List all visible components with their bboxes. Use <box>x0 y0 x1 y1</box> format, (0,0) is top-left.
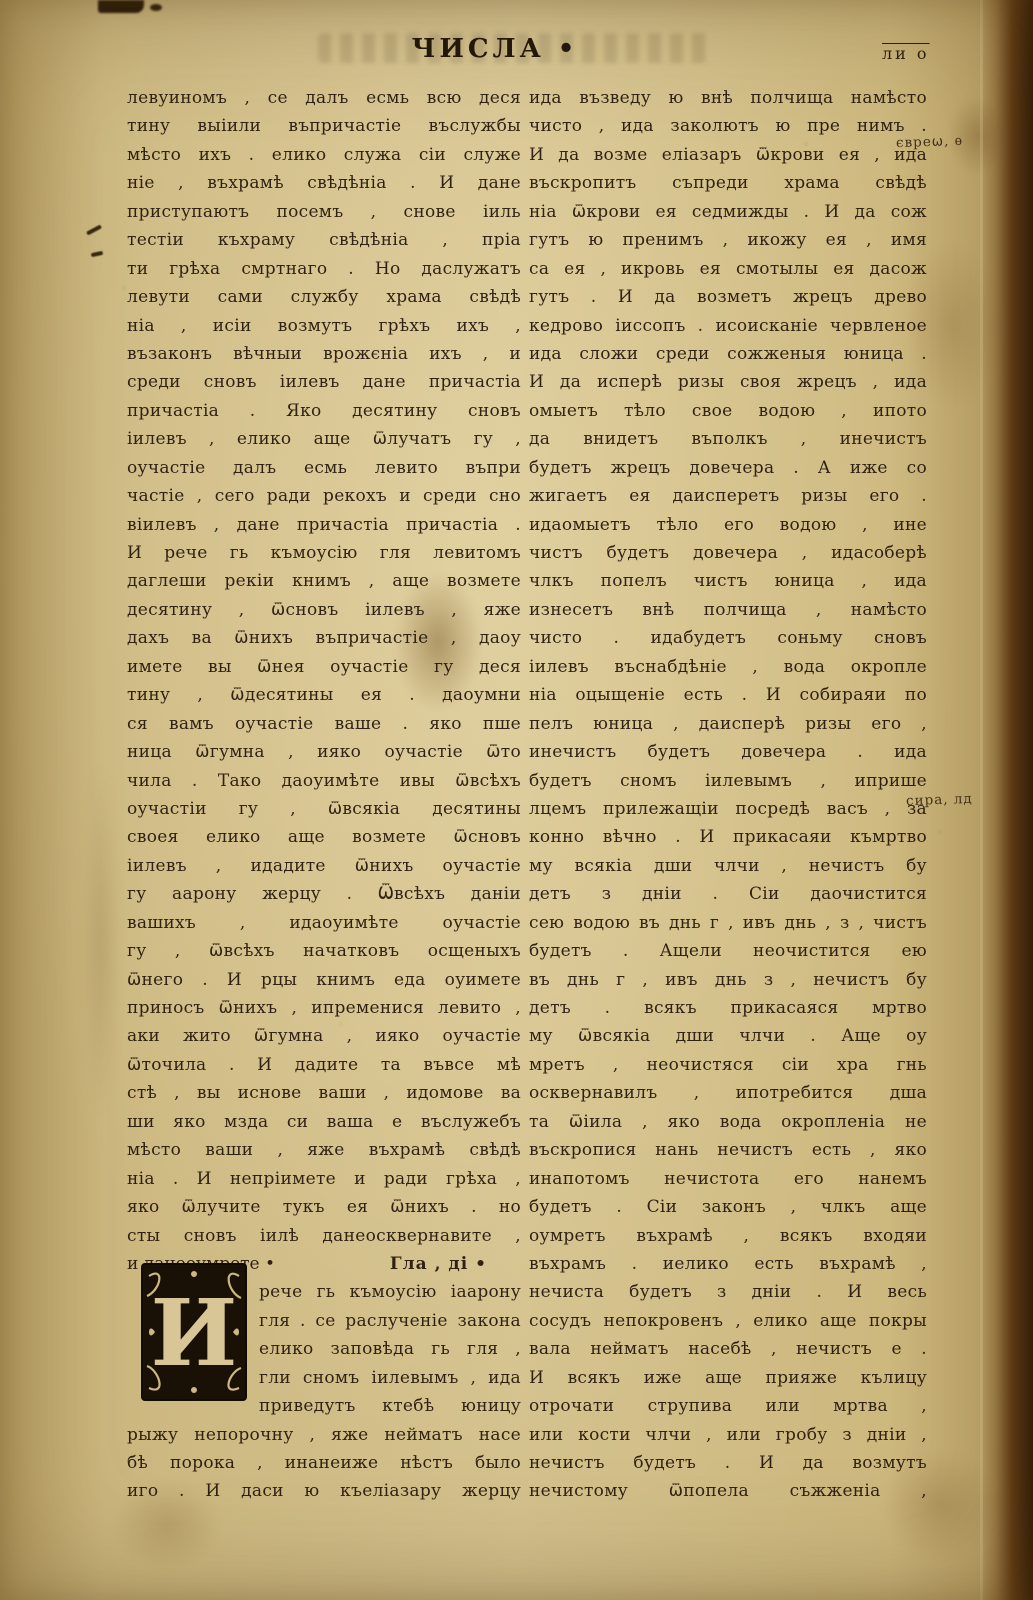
text-line: конно вѣчно . И прикасаяи къмртво <box>529 823 927 851</box>
book-binding-edge <box>979 0 1033 1600</box>
left-column-lower-lines: рыжу непорочну , яже нейматъ насебѣ поро… <box>127 1421 521 1506</box>
text-line: ніа оцыщеніе есть . И собираяи по <box>529 681 927 709</box>
text-line: ніе , въхрамѣ свѣдѣніа . И дане <box>127 169 521 197</box>
woodcut-initial-letter: И <box>141 1262 247 1402</box>
text-line: жигаетъ ея даисперетъ ризы его . <box>529 482 927 510</box>
text-line: тестіи къхраму свѣдѣніа , пріа <box>127 226 521 254</box>
text-line: ида възведу ю внѣ полчища намѣсто <box>529 84 927 112</box>
text-line: та ѿіила , яко вода окропленіа не <box>529 1108 927 1136</box>
text-line: віилевъ , дане причастіа причастіа . <box>127 511 521 539</box>
text-line: са ея , икровь ея смотылы ея дасож <box>529 255 927 283</box>
text-line: ся вамъ оучастіе ваше . яко пше <box>127 710 521 738</box>
text-line: дахъ ва ѿнихъ въпричастіе , даоу <box>127 624 521 652</box>
text-line: іилевъ , елико аще ѿлучатъ гу , <box>127 425 521 453</box>
text-line: рыжу непорочну , яже нейматъ насе <box>127 1421 521 1449</box>
text-line: ніа , исіи возмутъ грѣхъ ихъ , <box>127 312 521 340</box>
text-line: сосудъ непокровенъ , елико аще покры <box>529 1307 927 1335</box>
text-line: пелъ юница , даисперѣ ризы его , <box>529 710 927 738</box>
running-title: ЧИСЛА • <box>330 34 660 64</box>
text-line: члкъ попелъ чистъ юница , ида <box>529 567 927 595</box>
text-line: частіе , сего ради рекохъ и среди сно <box>127 482 521 510</box>
text-line: иго . И даси ю къеліазару жерцу <box>127 1477 521 1505</box>
text-line: оучастіи гу , ѿвсякіа десятины <box>127 795 521 823</box>
text-line: будетъ . Сіи законъ , члкъ аще <box>529 1193 927 1221</box>
folio-number: ли о <box>882 44 930 63</box>
text-line: изнесетъ внѣ полчища , намѣсто <box>529 596 927 624</box>
text-line: въскропитъ съпреди храма свѣдѣ <box>529 169 927 197</box>
text-line: възаконъ вѣчныи врожєніа ихъ , и <box>127 340 521 368</box>
text-line: бѣ порока , инанеиже нѣстъ было <box>127 1449 521 1477</box>
text-line: будетъ сномъ іилевымъ , иприше <box>529 767 927 795</box>
text-line: му ѿвсякіа дши члчи . Аще оу <box>529 1022 927 1050</box>
text-line: гу аарону жерцу . Ѿвсѣхъ даніи <box>127 880 521 908</box>
text-line: отрочати струпива или мртва , <box>529 1392 927 1420</box>
text-line: И да исперѣ ризы своя жрецъ , ида <box>529 368 927 396</box>
text-line: своея елико аще возмете ѿсновъ <box>127 823 521 851</box>
text-line: даглеши рекіи книмъ , аще возмете <box>127 567 521 595</box>
text-line: чистъ будетъ довечера , идасоберѣ <box>529 539 927 567</box>
text-line: кедрово іиссопъ . исоисканіе червленое <box>529 312 927 340</box>
text-line: будетъ . Ащели неочистится ею <box>529 937 927 965</box>
text-line: мѣсто ваши , яже въхрамѣ свѣдѣ <box>127 1136 521 1164</box>
text-line: гу , ѿвсѣхъ начатковъ осщеныхъ <box>127 937 521 965</box>
text-line: въхрамъ . иелико есть въхрамѣ , <box>529 1250 927 1278</box>
text-line: нечистъ будетъ . И да возмутъ <box>529 1449 927 1477</box>
text-line: И рече гь къмоусію гля левитомъ <box>127 539 521 567</box>
text-line: имете вы ѿнея оучастіе гу деся <box>127 653 521 681</box>
text-line: сею водою въ днь г , ивъ днь , з , чистъ <box>529 909 927 937</box>
text-line: тину , ѿдесятины ея . даоумни <box>127 681 521 709</box>
text-line: іилевъ , идадите ѿнихъ оучастіе <box>127 852 521 880</box>
edge-ink-blot <box>98 0 144 13</box>
text-line: нечиста будетъ з дніи . И весь <box>529 1278 927 1306</box>
text-line: детъ з дніи . Сіи даочистится <box>529 880 927 908</box>
text-line: десятину , ѿсновъ іилевъ , яже <box>127 596 521 624</box>
text-line: лцемъ прилежащіи посредѣ васъ , за <box>529 795 927 823</box>
text-line: левути сами службу храма свѣдѣ <box>127 283 521 311</box>
margin-ink-mark <box>86 224 102 235</box>
text-line: омыетъ тѣло свое водою , ипото <box>529 397 927 425</box>
text-line: яко ѿлучите тукъ ея ѿнихъ . но <box>127 1193 521 1221</box>
text-line: И да возме еліазаръ ѿкрови ея , ида <box>529 141 927 169</box>
text-line: осквернавилъ , ипотребится дша <box>529 1079 927 1107</box>
right-text-column: ида възведу ю внѣ полчища намѣсточисто ,… <box>529 84 927 1506</box>
text-line: гутъ ю пренимъ , икожу ея , имя <box>529 226 927 254</box>
text-line: аки жито ѿгумна , ияко оучастіе <box>127 1022 521 1050</box>
text-line: И всякъ иже аще прияже кълицу <box>529 1364 927 1392</box>
text-line: ѿнего . И рцы книмъ еда оуимете <box>127 966 521 994</box>
text-line: мретъ , неочистяся сіи хра гнь <box>529 1051 927 1079</box>
left-text-column: левуиномъ , се далъ есмь всю десятину вы… <box>127 84 521 1506</box>
text-line: стѣ , вы иснове ваши , идомове ва <box>127 1079 521 1107</box>
margin-ink-mark <box>91 251 104 257</box>
text-line: іилевъ въснабдѣніе , вода окропле <box>529 653 927 681</box>
left-column-upper-lines: левуиномъ , се далъ есмь всю десятину вы… <box>127 84 521 1250</box>
chapter-number: Гла , ді • <box>390 1250 487 1278</box>
text-line: инечистъ будетъ довечера . ида <box>529 738 927 766</box>
text-line: ти грѣха смртнаго . Но даслужатъ <box>127 255 521 283</box>
text-line: вашихъ , идаоуимѣте оучастіе <box>127 909 521 937</box>
text-line: среди сновъ іилевъ дане причастіа <box>127 368 521 396</box>
text-line: въскропися нань нечистъ есть , яко <box>529 1136 927 1164</box>
right-column-lines: ида възведу ю внѣ полчища намѣсточисто ,… <box>529 84 927 1506</box>
book-page: { "page": { "header": "ЧИСЛА •", "folio"… <box>0 0 1033 1600</box>
text-line: ніа ѿкрови ея седмижды . И да сож <box>529 198 927 226</box>
text-line: чила . Тако даоуимѣте ивы ѿвсѣхъ <box>127 767 521 795</box>
text-line: оучастіе далъ есмь левито въпри <box>127 454 521 482</box>
text-line: оумретъ въхрамѣ , всякъ входяи <box>529 1222 927 1250</box>
text-line: ида сложи среди сожженыя юница . <box>529 340 927 368</box>
text-line: приносъ ѿнихъ , ипременися левито , <box>127 994 521 1022</box>
page-edge-highlight <box>980 0 983 1600</box>
text-line: му всякіа дши члчи , нечистъ бу <box>529 852 927 880</box>
text-line: тину выіили въпричастіе въслужбы <box>127 112 521 140</box>
text-line: ница ѿгумна , ияко оучастіе ѿто <box>127 738 521 766</box>
text-line: инапотомъ нечистота его нанемъ <box>529 1165 927 1193</box>
paper-stain <box>84 760 118 1120</box>
text-line: вала нейматъ насебѣ , нечистъ е . <box>529 1335 927 1363</box>
text-line: чисто , ида заколютъ ю пре нимъ . <box>529 112 927 140</box>
text-line: сты сновъ іилѣ данеосквернавите , <box>127 1222 521 1250</box>
text-line: гутъ . И да возметъ жрецъ древо <box>529 283 927 311</box>
drop-cap-letter: И <box>151 1279 238 1387</box>
text-line: ѿточила . И дадите та въвсе мѣ <box>127 1051 521 1079</box>
edge-ink-blot <box>150 4 162 11</box>
text-line: въ днь г , ивъ днь з , нечистъ бу <box>529 966 927 994</box>
text-line: приступаютъ посемъ , снове іиль <box>127 198 521 226</box>
text-line: нечистому ѿпопела съжженіа , <box>529 1477 927 1505</box>
text-line: левуиномъ , се далъ есмь всю деся <box>127 84 521 112</box>
text-line: будетъ жрецъ довечера . А иже со <box>529 454 927 482</box>
text-line: да внидетъ въполкъ , инечистъ <box>529 425 927 453</box>
text-line: ши яко мзда си ваша е въслужебъ <box>127 1108 521 1136</box>
text-line: мѣсто ихъ . елико служа сіи служе <box>127 141 521 169</box>
text-line: чисто . идабудетъ соньму сновъ <box>529 624 927 652</box>
text-line: причастіа . Яко десятину сновъ <box>127 397 521 425</box>
text-line: или кости члчи , или гробу з дніи , <box>529 1421 927 1449</box>
text-line: ніа . И непріимете и ради грѣха , <box>127 1165 521 1193</box>
text-line: идаомыетъ тѣло его водою , ине <box>529 511 927 539</box>
text-line: детъ . всякъ прикасаяся мртво <box>529 994 927 1022</box>
